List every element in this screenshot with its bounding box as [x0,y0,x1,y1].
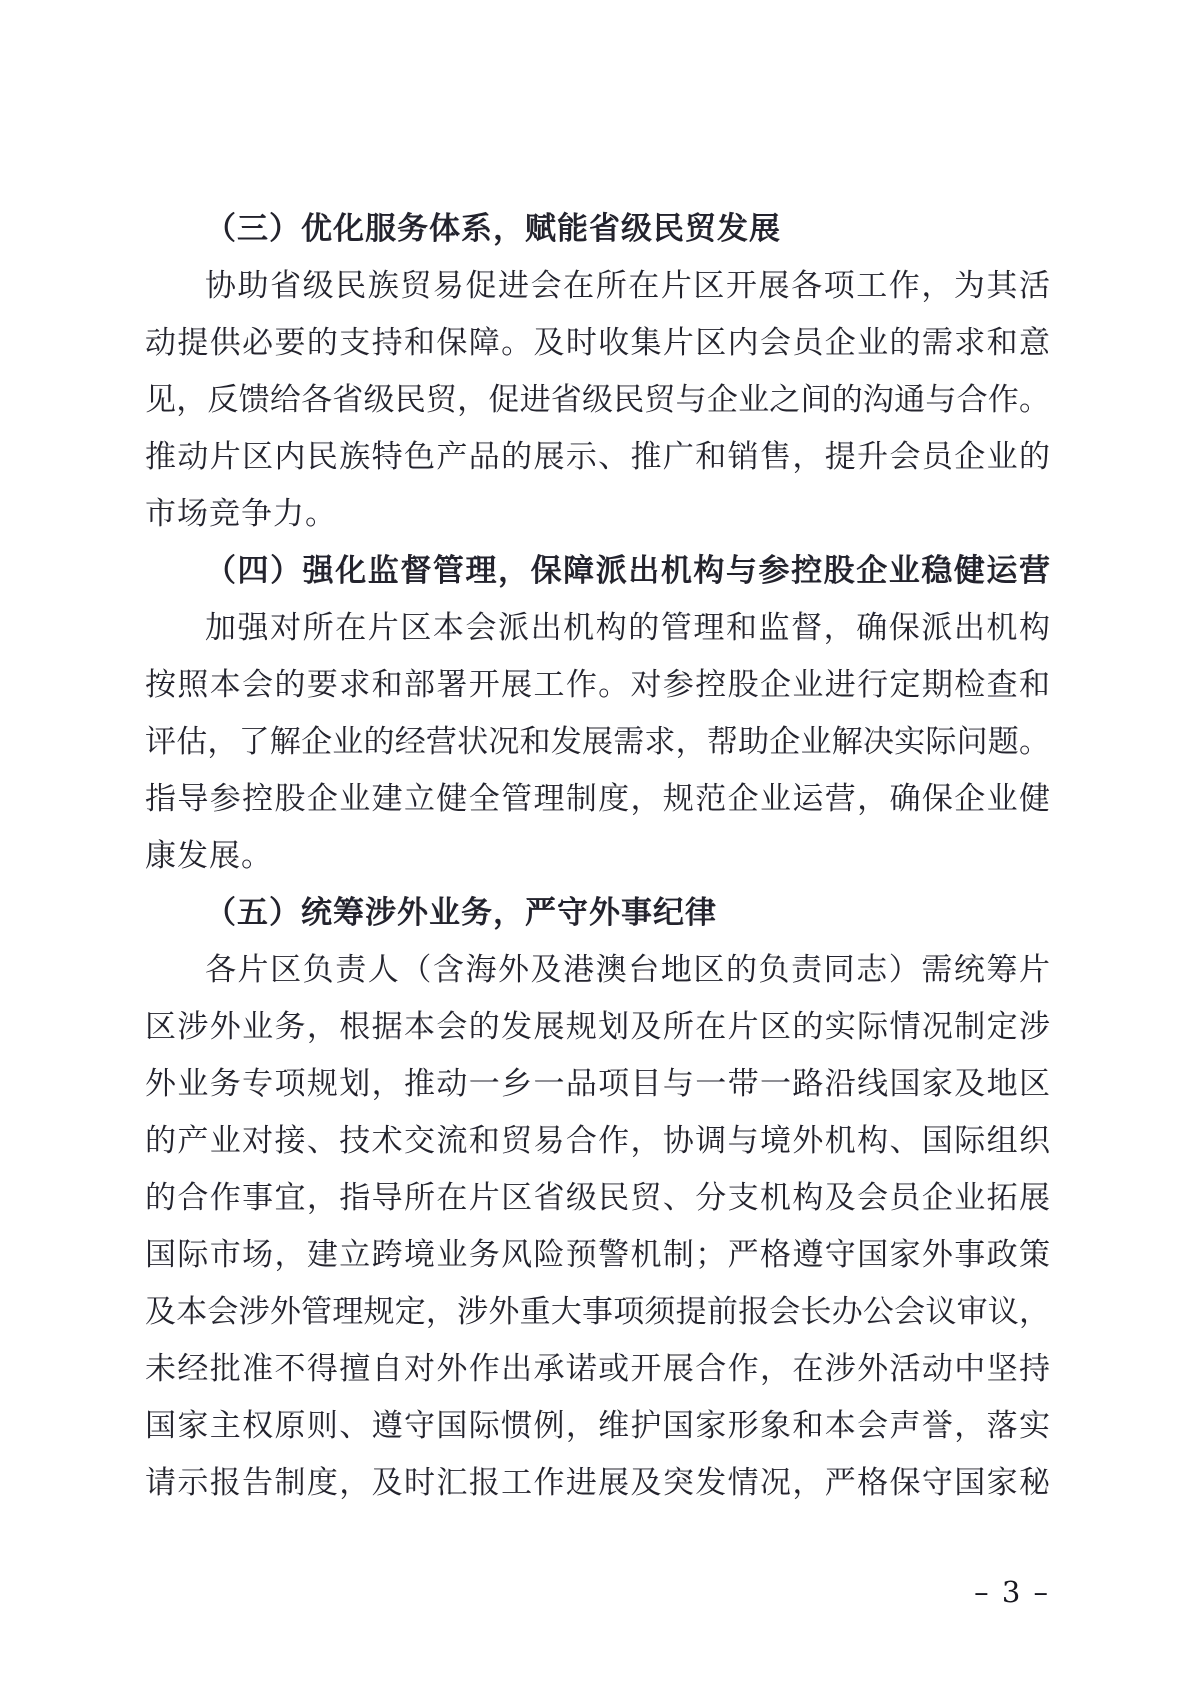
section-heading: （五）统筹涉外业务，严守外事纪律 [145,885,1050,942]
body-text-line: 请示报告制度，及时汇报工作进展及突发情况，严格保守国家秘 [145,1455,1050,1512]
body-text-line: 未经批准不得擅自对外作出承诺或开展合作，在涉外活动中坚持 [145,1341,1050,1398]
body-text-line: 动提供必要的支持和保障。及时收集片区内会员企业的需求和意 [145,315,1050,372]
page-number: – 3 – [974,1576,1050,1608]
body-text-line: 各片区负责人（含海外及港澳台地区的负责同志）需统筹片 [145,942,1050,999]
document-body: （三）优化服务体系，赋能省级民贸发展协助省级民族贸易促进会在所在片区开展各项工作… [145,201,1050,1512]
body-text-line: 见，反馈给各省级民贸，促进省级民贸与企业之间的沟通与合作。 [145,372,1050,429]
section-heading: （三）优化服务体系，赋能省级民贸发展 [145,201,1050,258]
body-text-line: 区涉外业务，根据本会的发展规划及所在片区的实际情况制定涉 [145,999,1050,1056]
body-text-line: 康发展。 [145,828,1050,885]
body-text-line: 市场竞争力。 [145,486,1050,543]
body-text-line: 加强对所在片区本会派出机构的管理和监督，确保派出机构 [145,600,1050,657]
body-text-line: 的合作事宜，指导所在片区省级民贸、分支机构及会员企业拓展 [145,1170,1050,1227]
body-text-line: 的产业对接、技术交流和贸易合作，协调与境外机构、国际组织 [145,1113,1050,1170]
body-text-line: 国际市场，建立跨境业务风险预警机制；严格遵守国家外事政策 [145,1227,1050,1284]
body-text-line: 按照本会的要求和部署开展工作。对参控股企业进行定期检查和 [145,657,1050,714]
body-text-line: 及本会涉外管理规定，涉外重大事项须提前报会长办公会议审议， [145,1284,1050,1341]
document-page: （三）优化服务体系，赋能省级民贸发展协助省级民族贸易促进会在所在片区开展各项工作… [0,0,1198,1695]
body-text-line: 评估，了解企业的经营状况和发展需求，帮助企业解决实际问题。 [145,714,1050,771]
body-text-line: 推动片区内民族特色产品的展示、推广和销售，提升会员企业的 [145,429,1050,486]
section-heading: （四）强化监督管理，保障派出机构与参控股企业稳健运营 [145,543,1050,600]
body-text-line: 协助省级民族贸易促进会在所在片区开展各项工作，为其活 [145,258,1050,315]
body-text-line: 外业务专项规划，推动一乡一品项目与一带一路沿线国家及地区 [145,1056,1050,1113]
body-text-line: 国家主权原则、遵守国际惯例，维护国家形象和本会声誉，落实 [145,1398,1050,1455]
body-text-line: 指导参控股企业建立健全管理制度，规范企业运营，确保企业健 [145,771,1050,828]
